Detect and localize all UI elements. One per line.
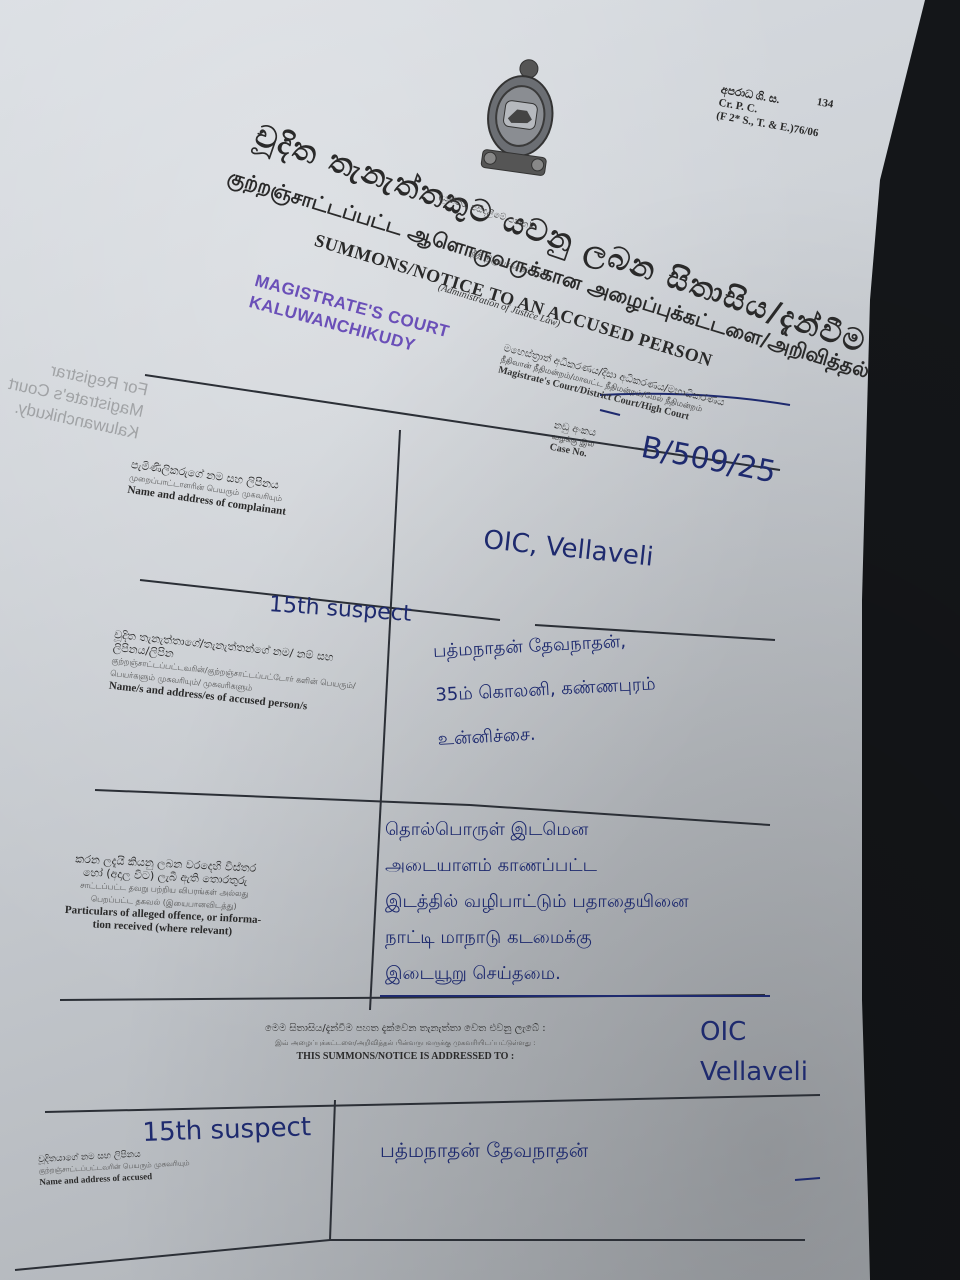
offence-label: කරන ලදැයි කියනු ලබන වරදෙහි විස්තර හෝ (අද… bbox=[64, 852, 264, 940]
national-emblem-icon bbox=[472, 53, 568, 183]
addressed-to-value: OIC Vellaveli bbox=[700, 1012, 808, 1092]
addressed-to-label: මෙම සිතාසිය/දැන්වීම පහත දැක්වෙන තැනැත්තා… bbox=[265, 1022, 546, 1064]
form-number: 134 bbox=[816, 96, 834, 111]
accused-value: பத்மநாதன் தேவநாதன், 35ம் கொலனி, கண்ணபுரம… bbox=[432, 618, 659, 761]
accused-address-value: பத்மநாதன் தேவநாதன் bbox=[380, 1138, 588, 1165]
offence-value: தொல்பொருள் இடமென அடையாளம் காணப்பட்ட இடத்… bbox=[385, 812, 689, 992]
accused-address-annotation: 15th suspect bbox=[142, 1112, 312, 1148]
